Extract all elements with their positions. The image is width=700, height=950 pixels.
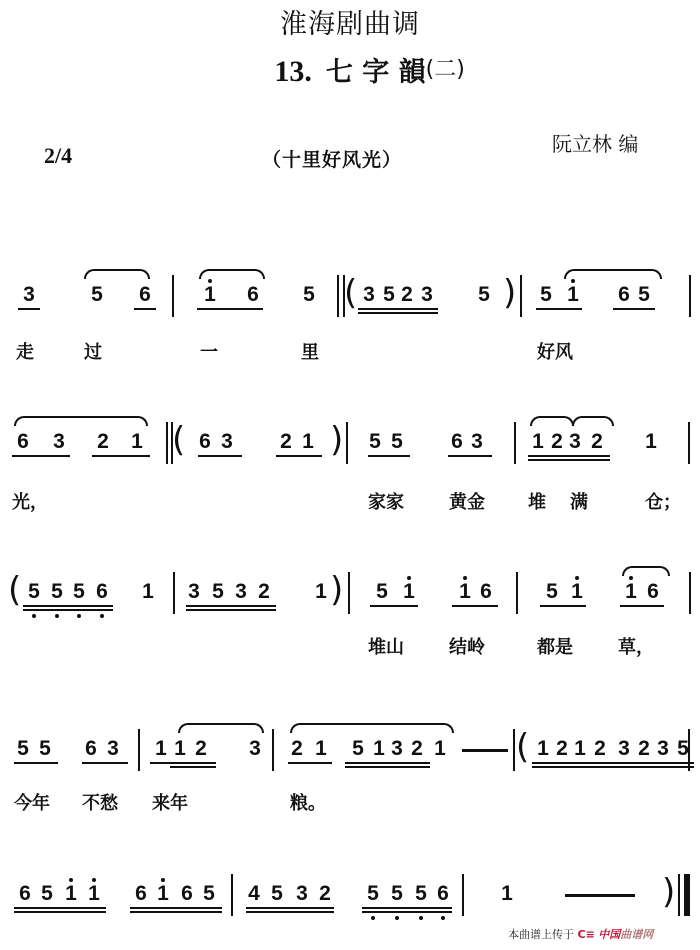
duration-underline bbox=[246, 911, 334, 913]
note: 5 bbox=[545, 580, 559, 604]
note: 5 bbox=[390, 430, 404, 454]
low-octave-dot bbox=[441, 916, 445, 920]
note: 5 bbox=[366, 882, 380, 906]
barline bbox=[688, 422, 690, 464]
slur-mark bbox=[290, 723, 454, 733]
lyric-text: 一 bbox=[200, 342, 218, 364]
note: 6 bbox=[646, 580, 660, 604]
note: 4 bbox=[247, 882, 261, 906]
low-octave-dot bbox=[100, 614, 104, 618]
barline bbox=[172, 275, 174, 317]
barline bbox=[516, 572, 518, 614]
barline bbox=[688, 729, 690, 771]
duration-underline bbox=[23, 605, 113, 607]
barline bbox=[514, 422, 516, 464]
note: 2 bbox=[318, 882, 332, 906]
note: 3 bbox=[295, 882, 309, 906]
low-octave-dot bbox=[55, 614, 59, 618]
note: 1 bbox=[314, 737, 328, 761]
note: 3 bbox=[470, 430, 484, 454]
lyric-text: 来年 bbox=[152, 793, 188, 815]
note: 3 bbox=[362, 283, 376, 307]
duration-underline bbox=[620, 605, 664, 607]
note: 5 bbox=[38, 737, 52, 761]
note: 2 bbox=[96, 430, 110, 454]
note: 6 bbox=[246, 283, 260, 307]
close-paren: ) bbox=[330, 420, 343, 460]
note: 6 bbox=[479, 580, 493, 604]
low-octave-dot bbox=[371, 916, 375, 920]
duration-underline bbox=[448, 455, 492, 457]
high-octave-dot bbox=[463, 576, 467, 580]
note: 5 bbox=[72, 580, 86, 604]
note: 2 bbox=[410, 737, 424, 761]
duration-underline bbox=[358, 312, 438, 314]
barline bbox=[689, 275, 691, 317]
note: 3 bbox=[390, 737, 404, 761]
note: 1 bbox=[173, 737, 187, 761]
note: 5 bbox=[539, 283, 553, 307]
note: 6 bbox=[134, 882, 148, 906]
barline bbox=[272, 729, 274, 771]
open-paren: ( bbox=[8, 570, 21, 610]
high-octave-dot bbox=[92, 878, 96, 882]
duration-underline bbox=[370, 605, 418, 607]
lyric-text: 光， bbox=[12, 492, 48, 514]
duration-underline bbox=[368, 455, 410, 457]
site-brand-part2[interactable]: 曲谱网 bbox=[620, 928, 653, 941]
note: 3 bbox=[187, 580, 201, 604]
duration-underline bbox=[532, 766, 612, 768]
duration-underline bbox=[130, 911, 222, 913]
note: 1 bbox=[203, 283, 217, 307]
high-octave-dot bbox=[629, 576, 633, 580]
note: 3 bbox=[22, 283, 36, 307]
lyric-text: 粮。 bbox=[290, 793, 326, 815]
note: 6 bbox=[18, 882, 32, 906]
barline bbox=[348, 572, 350, 614]
slur-mark bbox=[564, 269, 662, 279]
duration-underline bbox=[170, 766, 216, 768]
note: 3 bbox=[234, 580, 248, 604]
duration-underline bbox=[452, 605, 498, 607]
duration-underline bbox=[288, 762, 332, 764]
note: 3 bbox=[617, 737, 631, 761]
duration-underline bbox=[14, 907, 106, 909]
duration-underline bbox=[276, 455, 322, 457]
note: 3 bbox=[248, 737, 262, 761]
duration-underline bbox=[186, 605, 276, 607]
note: 1 bbox=[156, 882, 170, 906]
note: 2 bbox=[593, 737, 607, 761]
song-name: 七 字 韻 bbox=[326, 57, 426, 88]
slur-mark bbox=[530, 416, 574, 426]
note: 1 bbox=[141, 580, 155, 604]
close-paren: ) bbox=[662, 872, 675, 912]
note: 5 bbox=[16, 737, 30, 761]
note: 1 bbox=[372, 737, 386, 761]
duration-underline bbox=[134, 308, 156, 310]
note: 2 bbox=[590, 430, 604, 454]
barline bbox=[689, 572, 691, 614]
note: 2 bbox=[400, 283, 414, 307]
note: 3 bbox=[568, 430, 582, 454]
note: 6 bbox=[180, 882, 194, 906]
barline bbox=[138, 729, 140, 771]
lyric-text: 过 bbox=[84, 342, 102, 364]
note: 5 bbox=[211, 580, 225, 604]
note: 2 bbox=[555, 737, 569, 761]
duration-underline bbox=[246, 907, 334, 909]
duration-underline bbox=[12, 455, 70, 457]
note: 1 bbox=[573, 737, 587, 761]
note: 5 bbox=[27, 580, 41, 604]
high-octave-dot bbox=[407, 576, 411, 580]
lyric-text: 仓； bbox=[645, 492, 681, 514]
duration-underline bbox=[82, 762, 128, 764]
note: 1 bbox=[570, 580, 584, 604]
barline bbox=[337, 275, 339, 317]
note: 2 bbox=[257, 580, 271, 604]
duration-underline bbox=[197, 308, 263, 310]
note: 2 bbox=[279, 430, 293, 454]
song-title: 13.七 字 韻(二) bbox=[0, 50, 700, 89]
duration-underline bbox=[528, 459, 610, 461]
open-paren: ( bbox=[344, 273, 357, 313]
duration-underline bbox=[528, 455, 610, 457]
note: 1 bbox=[458, 580, 472, 604]
note: 6 bbox=[450, 430, 464, 454]
low-octave-dot bbox=[419, 916, 423, 920]
duration-underline bbox=[362, 911, 452, 913]
slur-mark bbox=[84, 269, 150, 279]
duration-underline bbox=[612, 762, 694, 764]
duration-underline bbox=[18, 308, 40, 310]
duration-underline bbox=[186, 609, 276, 611]
low-octave-dot bbox=[395, 916, 399, 920]
barline bbox=[173, 572, 175, 614]
lyric-text: 家家 bbox=[368, 492, 404, 514]
extension-dash bbox=[565, 894, 635, 897]
slur-mark bbox=[178, 723, 264, 733]
note: 2 bbox=[550, 430, 564, 454]
duration-underline bbox=[532, 762, 612, 764]
note: 1 bbox=[536, 737, 550, 761]
note: 1 bbox=[531, 430, 545, 454]
lyric-text: 走 bbox=[16, 342, 34, 364]
duration-underline bbox=[613, 308, 655, 310]
lyric-text: 不愁 bbox=[82, 793, 118, 815]
barline bbox=[513, 729, 515, 771]
lyric-text: 里 bbox=[301, 342, 319, 364]
slur-mark bbox=[14, 416, 148, 426]
site-logo-icon: C≡ bbox=[578, 928, 595, 941]
open-paren: ( bbox=[172, 420, 185, 460]
duration-underline bbox=[92, 455, 150, 457]
time-signature: 2/4 bbox=[44, 143, 72, 169]
note: 6 bbox=[95, 580, 109, 604]
note: 1 bbox=[301, 430, 315, 454]
song-number: 13. bbox=[274, 55, 312, 88]
duration-underline bbox=[612, 766, 694, 768]
final-barline bbox=[684, 874, 690, 916]
note: 2 bbox=[194, 737, 208, 761]
upload-footer: 本曲谱上传于 C≡ 中国曲谱网 bbox=[508, 926, 653, 942]
duration-underline bbox=[198, 455, 242, 457]
duration-underline bbox=[345, 766, 430, 768]
note: 5 bbox=[40, 882, 54, 906]
duration-underline bbox=[358, 308, 438, 310]
note: 1 bbox=[433, 737, 447, 761]
lyric-text: 堆 bbox=[528, 492, 546, 514]
duration-underline bbox=[345, 762, 430, 764]
lyric-text: 草， bbox=[618, 637, 654, 659]
song-variant: (二) bbox=[426, 50, 465, 90]
note: 3 bbox=[106, 737, 120, 761]
duration-underline bbox=[540, 605, 586, 607]
note: 5 bbox=[90, 283, 104, 307]
note: 3 bbox=[52, 430, 66, 454]
duration-underline bbox=[23, 609, 113, 611]
site-brand-part1[interactable]: 中国 bbox=[598, 928, 620, 941]
high-octave-dot bbox=[575, 576, 579, 580]
close-paren: ) bbox=[503, 273, 516, 313]
note: 1 bbox=[64, 882, 78, 906]
lyric-text: 好风 bbox=[537, 342, 573, 364]
close-paren: ) bbox=[330, 570, 343, 610]
duration-underline bbox=[362, 907, 452, 909]
barline bbox=[166, 422, 168, 464]
extension-dash bbox=[462, 749, 508, 752]
note: 6 bbox=[198, 430, 212, 454]
note: 5 bbox=[202, 882, 216, 906]
note: 5 bbox=[637, 283, 651, 307]
note: 5 bbox=[382, 283, 396, 307]
duration-underline bbox=[14, 911, 106, 913]
barline bbox=[462, 874, 464, 916]
note: 1 bbox=[644, 430, 658, 454]
note: 6 bbox=[436, 882, 450, 906]
note: 1 bbox=[500, 882, 514, 906]
lyric-text: 黄金 bbox=[449, 492, 485, 514]
note: 1 bbox=[566, 283, 580, 307]
note: 5 bbox=[375, 580, 389, 604]
high-octave-dot bbox=[571, 279, 575, 283]
note: 5 bbox=[351, 737, 365, 761]
note: 5 bbox=[390, 882, 404, 906]
lyric-text: 满 bbox=[570, 492, 588, 514]
song-subtitle: （十里好风光） bbox=[262, 145, 402, 172]
slur-mark bbox=[199, 269, 265, 279]
barline bbox=[346, 422, 348, 464]
note: 6 bbox=[84, 737, 98, 761]
note: 3 bbox=[656, 737, 670, 761]
lyric-text: 堆山 bbox=[368, 637, 404, 659]
note: 1 bbox=[87, 882, 101, 906]
barline bbox=[231, 874, 233, 916]
duration-underline bbox=[170, 762, 216, 764]
collection-title: 淮海剧曲调 bbox=[0, 2, 700, 41]
note: 1 bbox=[130, 430, 144, 454]
note: 6 bbox=[138, 283, 152, 307]
slur-mark bbox=[572, 416, 614, 426]
footer-text: 本曲谱上传于 bbox=[508, 928, 574, 941]
note: 5 bbox=[414, 882, 428, 906]
note: 3 bbox=[420, 283, 434, 307]
note: 5 bbox=[302, 283, 316, 307]
note: 1 bbox=[154, 737, 168, 761]
note: 5 bbox=[270, 882, 284, 906]
note: 3 bbox=[220, 430, 234, 454]
high-octave-dot bbox=[161, 878, 165, 882]
duration-underline bbox=[130, 907, 222, 909]
note: 2 bbox=[637, 737, 651, 761]
note: 5 bbox=[368, 430, 382, 454]
note: 5 bbox=[477, 283, 491, 307]
slur-mark bbox=[622, 566, 670, 576]
arranger-credit: 阮立林 编 bbox=[552, 128, 638, 157]
low-octave-dot bbox=[32, 614, 36, 618]
barline bbox=[520, 275, 522, 317]
duration-underline bbox=[14, 762, 58, 764]
high-octave-dot bbox=[69, 878, 73, 882]
open-paren: ( bbox=[516, 727, 529, 767]
note: 1 bbox=[314, 580, 328, 604]
note: 1 bbox=[402, 580, 416, 604]
lyric-text: 都是 bbox=[537, 637, 573, 659]
lyric-text: 今年 bbox=[14, 793, 50, 815]
barline bbox=[678, 874, 680, 916]
note: 6 bbox=[16, 430, 30, 454]
high-octave-dot bbox=[208, 279, 212, 283]
note: 6 bbox=[617, 283, 631, 307]
note: 5 bbox=[50, 580, 64, 604]
lyric-text: 结岭 bbox=[449, 637, 485, 659]
note: 1 bbox=[624, 580, 638, 604]
duration-underline bbox=[536, 308, 582, 310]
low-octave-dot bbox=[77, 614, 81, 618]
note: 2 bbox=[290, 737, 304, 761]
